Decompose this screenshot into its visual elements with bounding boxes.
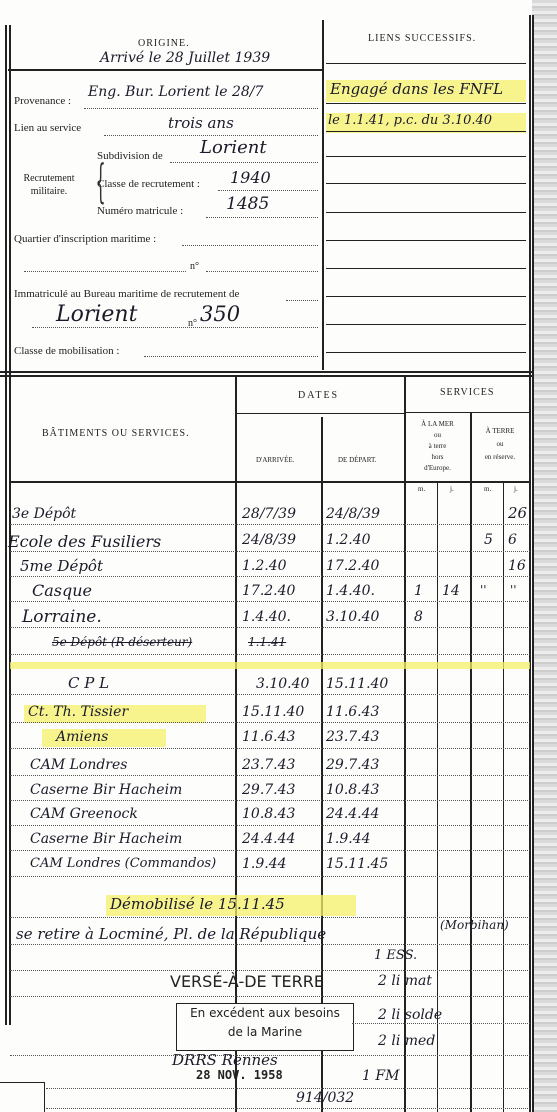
row-terre-j: 16 <box>508 558 526 574</box>
row-name: 3e Dépôt <box>12 506 76 522</box>
row-rule <box>10 850 530 851</box>
sub-header-mer-m: m. <box>418 485 425 493</box>
row-mer-m: 1 <box>414 583 423 599</box>
quartier-label: Quartier d'inscription maritime : <box>14 233 156 245</box>
row-name: C P L <box>68 674 109 692</box>
immatricule-label: Immatriculé au Bureau maritime de recrut… <box>14 288 239 300</box>
provenance-label: Provenance : <box>14 95 71 107</box>
row-terre-j: 26 <box>508 504 527 522</box>
excedent-line-1: En excédent aux besoins <box>177 1004 353 1023</box>
row-name: Ecole des Fusiliers <box>8 532 161 551</box>
liens-rule <box>326 268 526 269</box>
row-rule <box>10 748 530 749</box>
right-border <box>529 15 531 1112</box>
sub-header-terre-m: m. <box>484 485 491 493</box>
left-border-inner <box>9 25 11 1025</box>
liens-line-1: Engagé dans les FNFL <box>330 80 503 98</box>
row-depart: 17.2.40 <box>326 558 379 574</box>
col-header-dates: DATES <box>298 390 339 401</box>
mobilisation-label: Classe de mobilisation : <box>14 345 119 357</box>
row-arrivee: 1.2.40 <box>242 558 287 574</box>
row-depart: 15.11.45 <box>326 856 388 872</box>
verse-stamp: VERSÉ-À-DE TERRE <box>170 972 324 991</box>
ref-number: 914/032 <box>296 1090 354 1106</box>
col-header-arrivee: D'ARRIVÉE. <box>256 456 294 464</box>
row-highlight-band <box>10 662 530 669</box>
row-arrivee: 1.9.44 <box>242 856 287 872</box>
sub-header-terre-j: j. <box>514 485 518 493</box>
row-arrivee: 11.6.43 <box>242 729 295 745</box>
row-arrivee: 24.4.44 <box>242 831 295 847</box>
matricule-value: 1485 <box>226 194 269 214</box>
row-rule <box>10 800 530 801</box>
row-depart: 10.8.43 <box>326 782 379 798</box>
row-terre-m: 5 <box>484 532 493 548</box>
address-note: (Morbihan) <box>440 918 509 932</box>
right-border-inner <box>532 15 534 1112</box>
row-rule <box>10 551 530 552</box>
row-depart: 23.7.43 <box>326 729 379 745</box>
row-name: Caserne Bir Hacheim <box>30 831 182 847</box>
row-terre-j: 6 <box>508 532 517 548</box>
sub-header-mer-j: j. <box>450 485 454 493</box>
col-header-mer: À LA MER ou à terre hors d'Europe. <box>405 419 470 474</box>
row-rule <box>10 627 530 628</box>
lower-rule <box>0 1082 45 1083</box>
subdivision-value: Lorient <box>200 137 267 158</box>
row-rule <box>46 1088 530 1089</box>
note-ess: 1 ESS. <box>374 948 417 963</box>
row-mer-j: 14 <box>442 583 460 599</box>
row-arrivee: 1.4.40. <box>242 609 291 625</box>
row-depart: 29.7.43 <box>326 757 379 773</box>
terre-label-2: ou <box>471 438 529 451</box>
mer-label-1: À LA MER <box>405 419 470 430</box>
col-divider-batiments <box>235 377 237 1112</box>
subdivision-line <box>170 162 318 163</box>
excedent-stamp: En excédent aux besoins de la Marine <box>176 1003 354 1051</box>
matricule-line <box>206 217 318 218</box>
row-rule <box>10 944 530 945</box>
row-arrivee: 24/8/39 <box>242 532 296 548</box>
row-depart: 1.4.40. <box>326 583 375 599</box>
quartier-no-label: n° <box>190 261 199 272</box>
row-arrivee: 3.10.40 <box>256 676 309 692</box>
classe-label: Classe de recrutement : <box>97 178 200 190</box>
row-name: CAM Greenock <box>30 806 138 822</box>
date-stamp: 28 NOV. 1958 <box>196 1068 283 1082</box>
row-arrivee: 29.7.43 <box>242 782 295 798</box>
row-rule <box>10 825 530 826</box>
table-header-rule <box>10 481 530 483</box>
lien-value: trois ans <box>168 114 234 132</box>
row-rule <box>10 876 530 877</box>
immatricule-no: 350 <box>200 302 240 326</box>
note-med: 2 li med <box>378 1033 435 1049</box>
row-name: Amiens <box>56 729 108 745</box>
provenance-line <box>84 108 318 109</box>
address-line: se retire à Locminé, Pl. de la Républiqu… <box>16 925 326 943</box>
row-arrivee: 17.2.40 <box>242 583 295 599</box>
row-rule <box>10 601 530 602</box>
row-rule <box>10 654 530 655</box>
demob-line: Démobilisé le 15.11.45 <box>110 895 285 913</box>
row-arrivee: 15.11.40 <box>242 704 304 720</box>
liens-rule <box>326 296 526 297</box>
row-name: Lorraine. <box>22 607 102 627</box>
row-rule <box>10 722 530 723</box>
row-name: CAM Londres (Commandos) <box>30 856 216 871</box>
subdivision-label: Subdivision de <box>97 150 163 162</box>
row-name: Casque <box>32 581 92 600</box>
row-rule <box>46 1108 530 1109</box>
row-rule <box>10 524 530 525</box>
row-rule <box>352 1023 530 1024</box>
dates-header-rule <box>236 413 404 414</box>
row-depart: 11.6.43 <box>326 704 379 720</box>
lien-label: Lien au service <box>14 122 81 134</box>
liens-rule <box>326 131 526 132</box>
col-divider-terre <box>470 413 472 1112</box>
row-arrivee: 28/7/39 <box>242 506 296 522</box>
recrutement-label-2: militaire. <box>12 185 86 198</box>
section-separator <box>0 371 532 373</box>
mer-label-3: à terre <box>405 441 470 452</box>
note-solde: 2 li solde <box>378 1007 442 1023</box>
col-header-terre: À TERRE ou en réserve. <box>471 425 529 464</box>
note-fm: 1 FM <box>362 1068 399 1084</box>
row-terre-j: '' <box>510 583 517 597</box>
liens-rule <box>326 240 526 241</box>
row-depart: 1.2.40 <box>326 532 371 548</box>
row-depart: 1.9.44 <box>326 831 371 847</box>
note-mat: 2 li mat <box>378 973 432 989</box>
col-header-depart: DE DÉPART. <box>338 456 376 464</box>
liens-rule <box>326 352 526 353</box>
col-header-services: SERVICES <box>440 387 494 398</box>
quartier-line-2 <box>24 271 186 272</box>
mer-label-4: hors <box>405 452 470 463</box>
liens-rule <box>326 103 526 104</box>
row-depart: 15.11.40 <box>326 676 388 692</box>
row-terre-m: '' <box>480 583 487 597</box>
mer-label-2: ou <box>405 430 470 441</box>
row-name: 5me Dépôt <box>20 557 103 575</box>
classe-value: 1940 <box>230 168 271 187</box>
services-header-rule <box>405 412 529 413</box>
col-header-batiments: BÂTIMENTS OU SERVICES. <box>42 428 190 439</box>
lower-divider <box>44 1082 45 1112</box>
lien-line <box>104 135 318 136</box>
origin-header: ORIGINE. <box>138 38 190 49</box>
liens-header: LIENS SUCCESSIFS. <box>368 33 476 44</box>
terre-label-3: en réserve. <box>471 451 529 464</box>
row-arrivee: 10.8.43 <box>242 806 295 822</box>
col-divider-services <box>404 377 406 1112</box>
row-rule <box>10 775 530 776</box>
origin-arrival-date: Arrivé le 28 Juillet 1939 <box>100 50 270 66</box>
row-name: Caserne Bir Hacheim <box>30 782 182 798</box>
row-arrivee-struck: 1.1.41 <box>248 635 286 649</box>
mobilisation-line <box>144 356 318 357</box>
row-rule <box>10 996 530 997</box>
row-mer-m: 8 <box>414 609 423 625</box>
liens-header-rule <box>326 63 526 64</box>
row-depart: 24/8/39 <box>326 506 380 522</box>
liens-rule <box>326 183 526 184</box>
row-rule <box>10 694 530 695</box>
immatricule-city-line <box>32 327 318 328</box>
row-rule <box>10 970 530 971</box>
drrs-stamp: DRRS Rennes <box>172 1051 278 1069</box>
classe-line <box>218 190 318 191</box>
matricule-label: Numéro matricule : <box>97 205 183 217</box>
provenance-value: Eng. Bur. Lorient le 28/7 <box>88 84 263 100</box>
immatricule-line <box>286 300 318 301</box>
page-edge-shadow <box>532 0 557 1112</box>
excedent-line-2: de la Marine <box>177 1023 353 1042</box>
liens-rule <box>326 324 526 325</box>
terre-label-1: À TERRE <box>471 425 529 438</box>
liens-rule <box>326 212 526 213</box>
row-name: CAM Londres <box>30 757 127 773</box>
row-name: Ct. Th. Tissier <box>28 704 128 720</box>
quartier-no-line <box>206 271 318 272</box>
section-separator-2 <box>0 375 532 377</box>
row-name-struck: 5e Dépôt (R déserteur) <box>52 635 192 649</box>
liens-rule <box>326 156 526 157</box>
quartier-line <box>182 245 318 246</box>
recrutement-label-1: Recrutement <box>12 172 86 185</box>
liens-line-2: le 1.1.41, p.c. du 3.10.40 <box>328 113 492 128</box>
origin-liens-divider <box>322 20 324 370</box>
row-depart: 3.10.40 <box>326 609 379 625</box>
left-border <box>5 25 7 1025</box>
row-depart: 24.4.44 <box>326 806 379 822</box>
origin-header-rule <box>8 69 323 71</box>
immatricule-city: Lorient <box>56 302 137 327</box>
mer-label-5: d'Europe. <box>405 463 470 474</box>
row-rule <box>10 576 530 577</box>
row-arrivee: 23.7.43 <box>242 757 295 773</box>
recrutement-label: Recrutement militaire. <box>12 172 86 198</box>
